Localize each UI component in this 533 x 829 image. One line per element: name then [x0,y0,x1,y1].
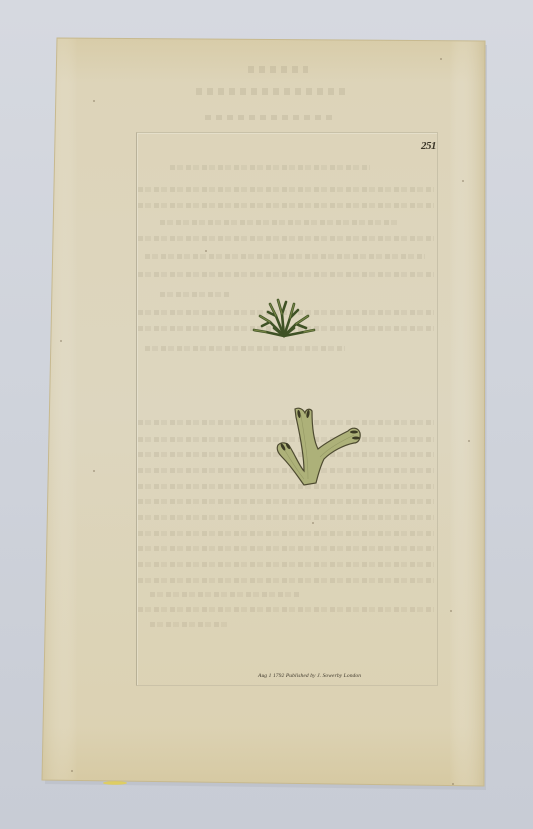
bleed-through-line [138,187,434,192]
publisher-imprint: Aug 1 1792 Published by J. Sowerby Londo… [258,673,361,679]
foxing-spot [60,340,62,342]
bleed-through-heading [205,115,335,120]
bleed-through-heading [196,88,346,95]
bleed-through-line [138,203,434,208]
bleed-through-line [138,499,434,504]
foxing-spot [312,522,314,524]
foxing-spot [452,783,454,785]
bleed-through-heading [248,66,308,73]
foxing-spot [468,440,470,442]
moss-tuft-illustration [248,292,320,342]
bleed-through-line [138,578,434,583]
plate-number: 251 [421,140,436,152]
bleed-through-line [138,515,434,520]
bleed-through-line [150,592,300,597]
magnified-branch-illustration [268,405,368,491]
bleed-through-line [150,622,230,627]
foxing-spot [93,100,95,102]
bleed-through-line [145,254,425,259]
foxing-spot [440,58,442,60]
foxing-spot [205,250,207,252]
foxing-spot [93,470,95,472]
foxing-spot [462,180,464,182]
bleed-through-line [138,562,434,567]
photo-frame: 251 [0,0,533,829]
foxing-spot [71,770,73,772]
bleed-through-line [138,236,434,241]
bleed-through-line [138,546,434,551]
bleed-through-line [160,292,230,297]
foxing-spot [450,610,452,612]
bleed-through-line [138,531,434,536]
bleed-through-line [138,272,434,277]
bleed-through-line [138,607,434,612]
bleed-through-line [170,165,370,170]
bleed-through-line [145,346,345,351]
bleed-through-line [160,220,400,225]
